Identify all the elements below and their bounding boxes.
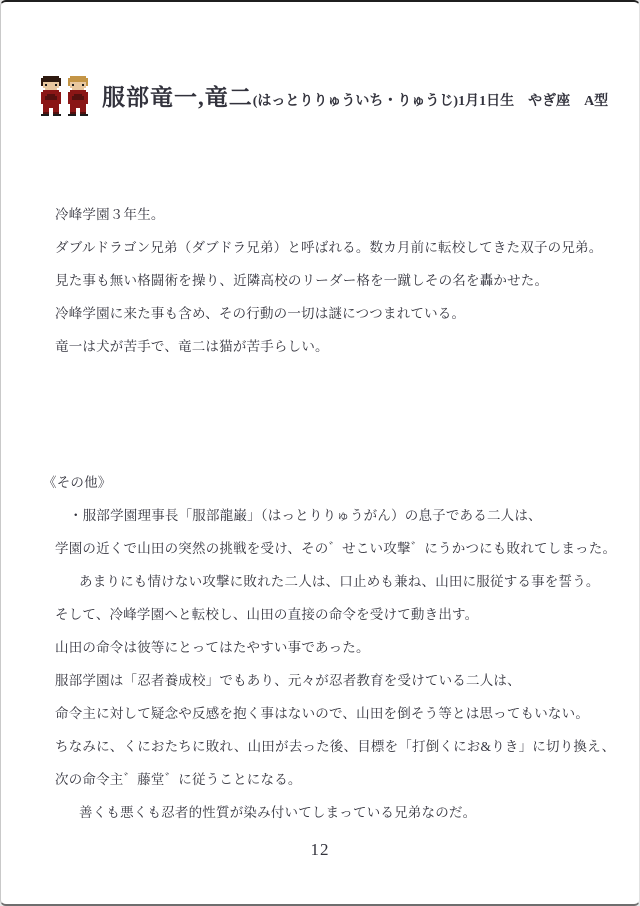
ninja-sprite-ryuichi-icon [39, 76, 63, 116]
others-line: ちなみに、くにおたちに敗れ、山田が去った後、目標を「打倒くにお&りき」に切り換え… [43, 730, 625, 763]
others-line: 善くも悪くも忍者的性質が染み付いてしまっている兄弟なのだ。 [43, 796, 625, 829]
others-section: 《その他》 ・服部学園理事長「服部龍巌」（はっとりりゅうがん）の息子である二人は… [43, 466, 625, 829]
others-line: 次の命令主゛藤堂゛に従うことになる。 [43, 763, 625, 796]
others-line: 学園の近くで山田の突然の挑戦を受け、その゛せこい攻撃゛にうかつにも敗れてしまった… [43, 532, 625, 565]
others-line: ・服部学園理事長「服部龍巌」（はっとりりゅうがん）の息子である二人は、 [43, 499, 625, 532]
profile-line: ダブルドラゴン兄弟（ダブドラ兄弟）と呼ばれる。数カ月前に転校してきた双子の兄弟。 [55, 231, 619, 264]
profile-paragraph: 冷峰学園３年生。 ダブルドラゴン兄弟（ダブドラ兄弟）と呼ばれる。数カ月前に転校し… [55, 198, 619, 363]
header: 服部竜一,竜二(はっとりりゅういち・りゅうじ)1月1日生 やぎ座 A型 [39, 76, 608, 116]
profile-line: 見た事も無い格闘術を操り、近隣高校のリーダー格を一蹴しその名を轟かせた。 [55, 264, 619, 297]
page-footer: 12 [1, 840, 639, 860]
title-subtitle: (はっとりりゅういち・りゅうじ)1月1日生 やぎ座 A型 [253, 90, 608, 110]
others-line: あまりにも情けない攻撃に敗れた二人は、口止めも兼ね、山田に服従する事を誓う。 [43, 565, 625, 598]
ninja-sprite-ryuji-icon [66, 76, 90, 116]
others-line: そして、冷峰学園へと転校し、山田の直接の命令を受けて動き出す。 [43, 598, 625, 631]
others-heading: 《その他》 [43, 466, 625, 499]
others-line: 山田の命令は彼等にとってはたやすい事であった。 [43, 631, 625, 664]
page-title: 服部竜一,竜二 [102, 79, 253, 112]
profile-line: 竜一は犬が苦手で、竜二は猫が苦手らしい。 [55, 330, 619, 363]
document-page: 服部竜一,竜二(はっとりりゅういち・りゅうじ)1月1日生 やぎ座 A型 冷峰学園… [0, 0, 640, 906]
page-number: 12 [311, 840, 330, 859]
title-group: 服部竜一,竜二(はっとりりゅういち・りゅうじ)1月1日生 やぎ座 A型 [102, 79, 608, 112]
profile-line: 冷峰学園に来た事も含め、その行動の一切は謎につつまれている。 [55, 297, 619, 330]
others-line: 命令主に対して疑念や反感を抱く事はないので、山田を倒そう等とは思ってもいない。 [43, 697, 625, 730]
profile-line: 冷峰学園３年生。 [55, 198, 619, 231]
others-line: 服部学園は「忍者養成校」でもあり、元々が忍者教育を受けている二人は、 [43, 664, 625, 697]
header-sprites [39, 76, 90, 116]
